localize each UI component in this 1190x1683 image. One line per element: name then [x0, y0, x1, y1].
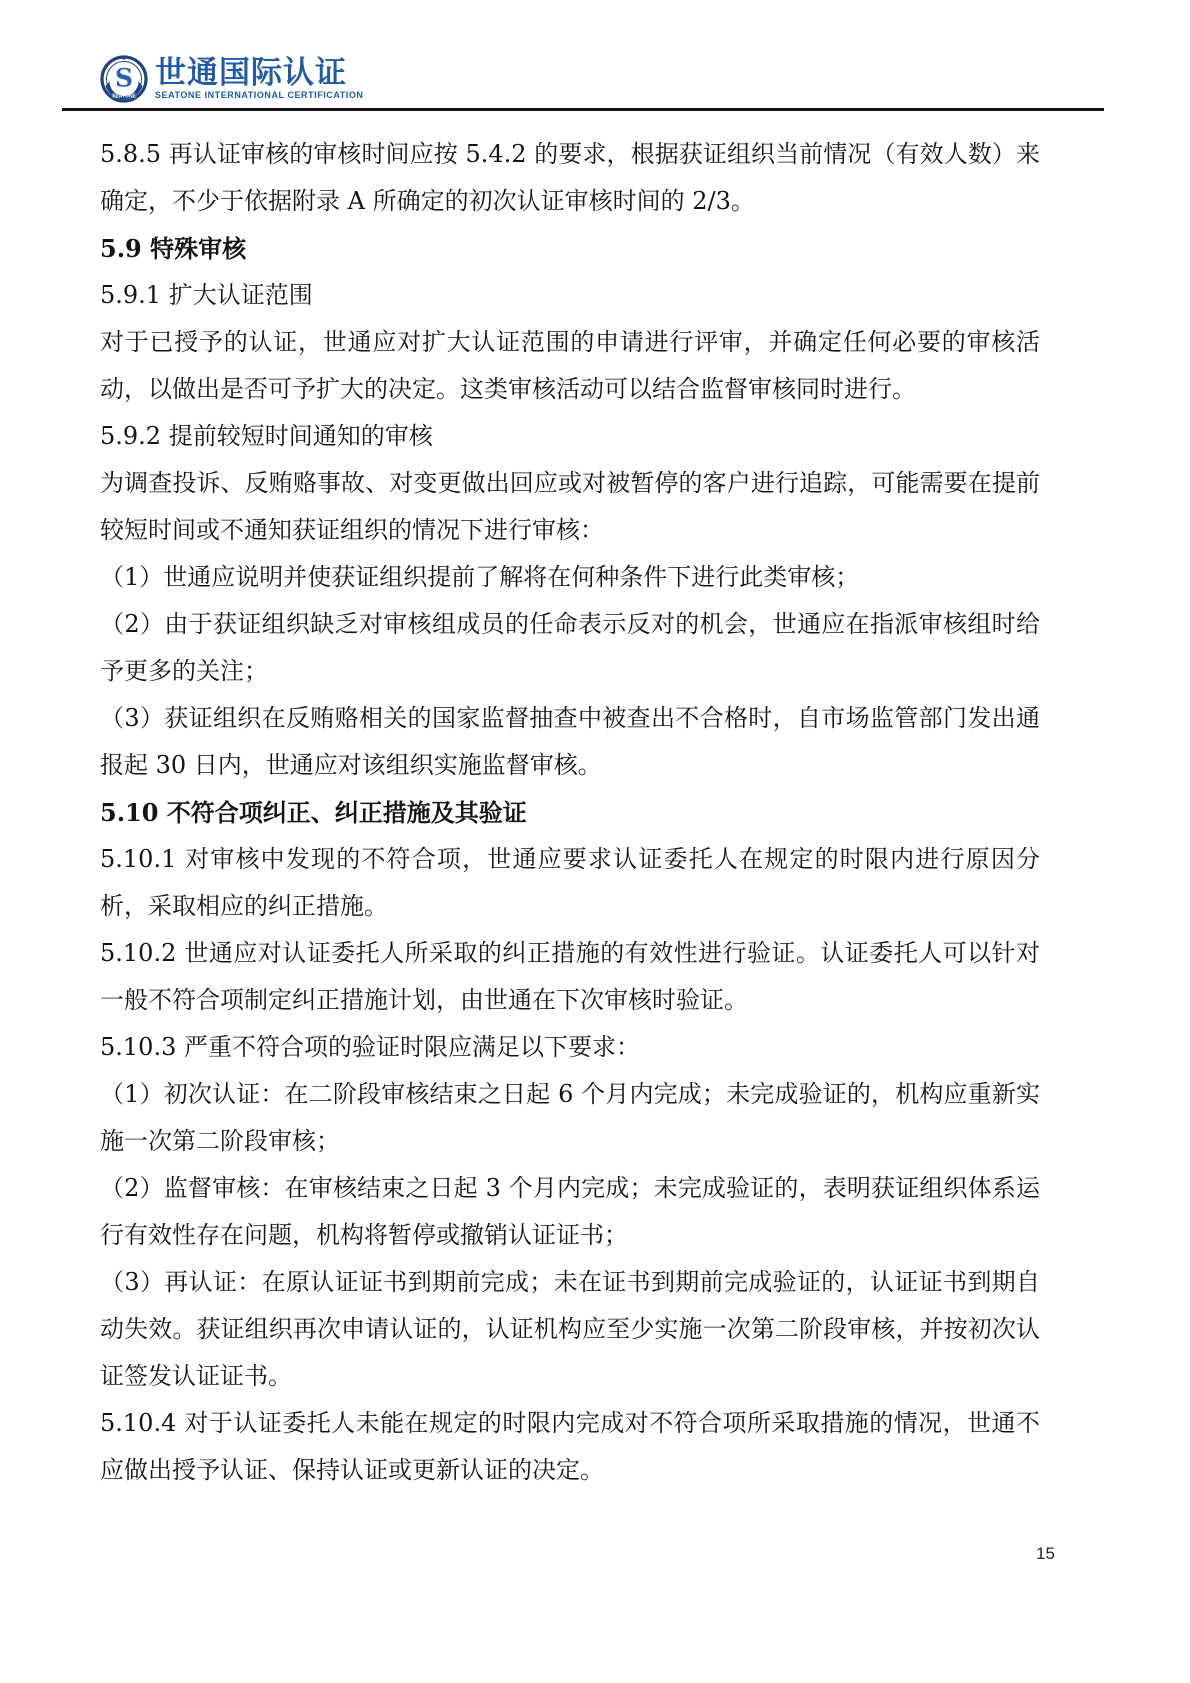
logo-text-block: 世通国际认证 SEATONE INTERNATIONAL CERTIFICATI… — [155, 57, 363, 101]
paragraph: （2）由于获证组织缺乏对审核组成员的任命表示反对的机会，世通应在指派审核组时给予… — [100, 601, 1040, 695]
paragraph: 对于已授予的认证，世通应对扩大认证范围的申请进行评审，并确定任何必要的审核活动，… — [100, 319, 1040, 413]
paragraph: （3）获证组织在反贿赂相关的国家监督抽查中被查出不合格时，自市场监管部门发出通报… — [100, 695, 1040, 789]
section-heading: 5.9 特殊审核 — [100, 225, 1040, 272]
badge-arc-text: SEATONE — [112, 94, 136, 100]
paragraph: 为调查投诉、反贿赂事故、对变更做出回应或对被暂停的客户进行追踪，可能需要在提前较… — [100, 460, 1040, 554]
paragraph: 5.10.3 严重不符合项的验证时限应满足以下要求： — [100, 1024, 1040, 1071]
paragraph: 5.10.1 对审核中发现的不符合项，世通应要求认证委托人在规定的时限内进行原因… — [100, 836, 1040, 930]
paragraph: 5.9.2 提前较短时间通知的审核 — [100, 413, 1040, 460]
company-logo: S SEATONE 世通国际认证 SEATONE INTERNATIONAL C… — [100, 52, 1105, 106]
logo-name-en: SEATONE INTERNATIONAL CERTIFICATION — [155, 90, 363, 101]
section-heading: 5.10 不符合项纠正、纠正措施及其验证 — [100, 789, 1040, 836]
page-header: S SEATONE 世通国际认证 SEATONE INTERNATIONAL C… — [100, 52, 1105, 106]
seatone-badge-icon: S SEATONE — [100, 55, 148, 103]
paragraph: （1）初次认证：在二阶段审核结束之日起 6 个月内完成；未完成验证的，机构应重新… — [100, 1071, 1040, 1165]
page-number: 15 — [1036, 1544, 1055, 1564]
paragraph: 5.9.1 扩大认证范围 — [100, 272, 1040, 319]
header-divider — [62, 108, 1104, 111]
paragraph: 5.10.4 对于认证委托人未能在规定的时限内完成对不符合项所采取措施的情况，世… — [100, 1400, 1040, 1494]
logo-name-cn: 世通国际认证 — [155, 57, 363, 90]
paragraph: （3）再认证：在原认证证书到期前完成；未在证书到期前完成验证的，认证证书到期自动… — [100, 1259, 1040, 1400]
paragraph: 5.10.2 世通应对认证委托人所采取的纠正措施的有效性进行验证。认证委托人可以… — [100, 930, 1040, 1024]
badge-letter: S — [115, 64, 133, 93]
paragraph: （2）监督审核：在审核结束之日起 3 个月内完成；未完成验证的，表明获证组织体系… — [100, 1165, 1040, 1259]
document-body: 5.8.5 再认证审核的审核时间应按 5.4.2 的要求，根据获证组织当前情况（… — [100, 131, 1040, 1494]
paragraph: （1）世通应说明并使获证组织提前了解将在何种条件下进行此类审核； — [100, 554, 1040, 601]
paragraph: 5.8.5 再认证审核的审核时间应按 5.4.2 的要求，根据获证组织当前情况（… — [100, 131, 1040, 225]
document-page: S SEATONE 世通国际认证 SEATONE INTERNATIONAL C… — [0, 0, 1190, 1683]
